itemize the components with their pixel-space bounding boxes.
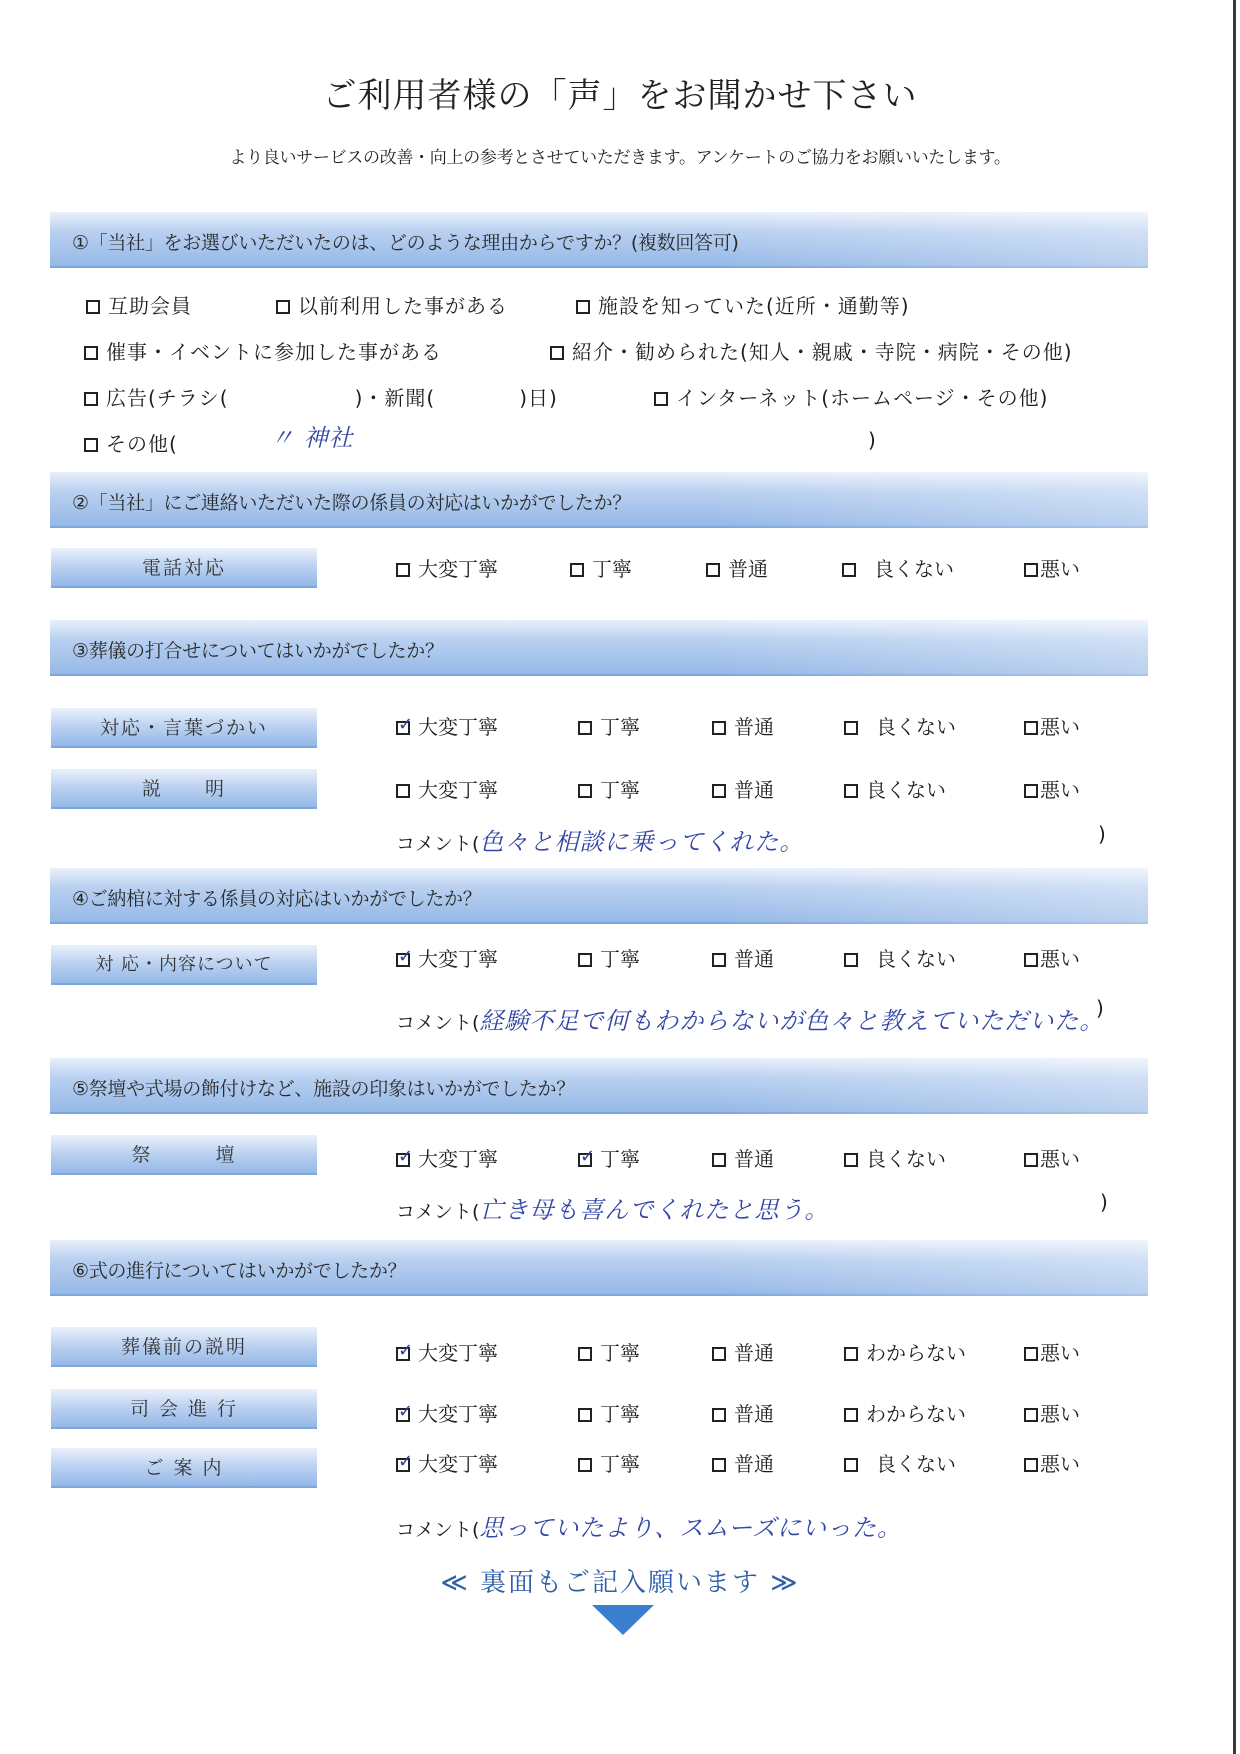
- checkbox[interactable]: [576, 300, 590, 314]
- checkbox[interactable]: [1024, 1408, 1038, 1422]
- rating-polite[interactable]: 丁寧: [578, 711, 640, 740]
- page-subtitle: より良いサービスの改善・向上の参考とさせていただきます。アンケートのご協力をお願…: [0, 143, 1240, 168]
- q3-comment-close-paren: ): [1098, 822, 1106, 846]
- checkbox-checked[interactable]: [396, 1458, 410, 1472]
- checkbox[interactable]: [1024, 1153, 1038, 1167]
- checkbox[interactable]: [844, 1408, 858, 1422]
- checkbox[interactable]: [844, 1153, 858, 1167]
- question-4-text: ④ご納棺に対する係員の対応はいかがでしたか？: [72, 884, 481, 911]
- rating-very-polite[interactable]: 大変丁寧: [396, 943, 498, 972]
- question-4-header: ④ご納棺に対する係員の対応はいかがでしたか？: [50, 868, 1148, 924]
- rating-polite[interactable]: 丁寧: [578, 943, 640, 972]
- checkbox[interactable]: [712, 1347, 726, 1361]
- checkbox-checked[interactable]: [396, 953, 410, 967]
- checkbox[interactable]: [550, 346, 564, 360]
- checkbox[interactable]: [1024, 953, 1038, 967]
- page-title: ご利用者様の「声」をお聞かせ下さい: [0, 68, 1240, 117]
- checkbox[interactable]: [1024, 1458, 1038, 1472]
- reverse-side-note: ≪ 裏面もご記入願います ≫: [0, 1562, 1240, 1599]
- checkbox-checked[interactable]: [396, 1408, 410, 1422]
- checkbox[interactable]: [844, 721, 858, 735]
- checkbox[interactable]: [276, 300, 290, 314]
- rating-normal[interactable]: 普通: [706, 553, 768, 582]
- rating-dont-know[interactable]: わからない: [844, 1337, 966, 1366]
- question-5-header: ⑤祭壇や式場の飾付けなど、施設の印象はいかがでしたか？: [50, 1058, 1148, 1114]
- question-2-header: ②「当社」にご連絡いただいた際の係員の対応はいかがでしたか？: [50, 472, 1148, 528]
- checkbox[interactable]: [712, 784, 726, 798]
- checkbox[interactable]: [1024, 1347, 1038, 1361]
- rating-very-polite[interactable]: 大変丁寧: [396, 1398, 498, 1427]
- down-arrow-icon: [592, 1605, 654, 1635]
- checkbox[interactable]: [84, 346, 98, 360]
- q1-option-gojokai[interactable]: 互助会員: [86, 290, 192, 319]
- q5-comment-close-paren: ): [1100, 1190, 1108, 1214]
- question-6-text: ⑥式の進行についてはいかがでしたか？: [72, 1256, 406, 1283]
- rating-polite[interactable]: 丁寧: [578, 1337, 640, 1366]
- rating-polite[interactable]: 丁寧: [578, 1143, 640, 1172]
- q4-comment-close-paren: ): [1096, 996, 1104, 1020]
- rating-normal[interactable]: 普通: [712, 1398, 774, 1427]
- checkbox[interactable]: [84, 438, 98, 452]
- rating-very-polite[interactable]: 大変丁寧: [396, 774, 498, 803]
- question-5-text: ⑤祭壇や式場の飾付けなど、施設の印象はいかがでしたか？: [72, 1074, 575, 1101]
- checkbox-checked[interactable]: [396, 1347, 410, 1361]
- checkbox-checked[interactable]: [396, 721, 410, 735]
- question-1-text: ①「当社」をお選びいただいたのは、どのような理由からですか？(複数回答可): [72, 228, 739, 255]
- rating-bad[interactable]: 悪い: [1024, 943, 1080, 972]
- q1-option-advertisement[interactable]: 広告(チラシ( )・新聞( )日): [84, 382, 558, 411]
- row-label-altar: 祭 壇: [51, 1135, 317, 1175]
- checkbox[interactable]: [1024, 784, 1038, 798]
- checkbox[interactable]: [84, 392, 98, 406]
- checkbox[interactable]: [578, 784, 592, 798]
- rating-dont-know[interactable]: わからない: [844, 1398, 966, 1427]
- row-label-phone: 電話対応: [51, 548, 317, 588]
- checkbox[interactable]: [578, 1347, 592, 1361]
- rating-very-polite[interactable]: 大変丁寧: [396, 553, 498, 582]
- q4-comment-handwritten[interactable]: 経験不足で何もわからないが色々と教えていただいた。: [479, 1007, 1104, 1035]
- q5-comment[interactable]: コメント(亡き母も喜んでくれたと思う。: [396, 1190, 829, 1225]
- rating-bad[interactable]: 悪い: [1024, 711, 1080, 740]
- rating-bad[interactable]: 悪い: [1024, 553, 1080, 582]
- rating-very-polite[interactable]: 大変丁寧: [396, 1448, 498, 1477]
- checkbox[interactable]: [578, 721, 592, 735]
- question-1-header: ①「当社」をお選びいただいたのは、どのような理由からですか？(複数回答可): [50, 212, 1148, 268]
- page-edge: [1233, 0, 1236, 1754]
- checkbox[interactable]: [844, 953, 858, 967]
- rating-normal[interactable]: 普通: [712, 1337, 774, 1366]
- rating-bad[interactable]: 悪い: [1024, 774, 1080, 803]
- checkbox[interactable]: [712, 721, 726, 735]
- q6-comment-handwritten[interactable]: 思っていたより、スムーズにいった。: [479, 1514, 902, 1542]
- q1-option-used-before[interactable]: 以前利用した事がある: [276, 290, 508, 319]
- rating-normal[interactable]: 普通: [712, 943, 774, 972]
- row-label-explanation: 説 明: [51, 769, 317, 809]
- rating-bad[interactable]: 悪い: [1024, 1143, 1080, 1172]
- q1-option-other[interactable]: その他(: [84, 428, 178, 457]
- question-3-text: ③葬儀の打合せについてはいかがでしたか？: [72, 636, 444, 663]
- question-3-header: ③葬儀の打合せについてはいかがでしたか？: [50, 620, 1148, 676]
- checkbox[interactable]: [712, 953, 726, 967]
- checkbox[interactable]: [396, 563, 410, 577]
- rating-not-good[interactable]: 良くない: [844, 774, 946, 803]
- q6-comment[interactable]: コメント(思っていたより、スムーズにいった。: [396, 1508, 902, 1543]
- rating-polite[interactable]: 丁寧: [578, 1398, 640, 1427]
- q1-option-referral[interactable]: 紹介・勧められた(知人・親戚・寺院・病院・その他): [550, 336, 1073, 365]
- checkbox[interactable]: [842, 563, 856, 577]
- row-label-coffin: 対 応・内容について: [51, 945, 317, 985]
- checkbox[interactable]: [712, 1458, 726, 1472]
- rating-not-good[interactable]: 良くない: [844, 711, 956, 740]
- checkbox[interactable]: [1024, 563, 1038, 577]
- q1-option-internet[interactable]: インターネット(ホームページ・その他): [654, 382, 1048, 411]
- checkbox[interactable]: [706, 563, 720, 577]
- rating-not-good[interactable]: 良くない: [844, 1143, 946, 1172]
- q3-comment-handwritten[interactable]: 色々と相談に乗ってくれた。: [479, 828, 804, 856]
- rating-polite[interactable]: 丁寧: [570, 553, 632, 582]
- q1-option-knew-facility[interactable]: 施設を知っていた(近所・通勤等): [576, 290, 910, 319]
- checkbox[interactable]: [578, 1408, 592, 1422]
- checkbox[interactable]: [844, 784, 858, 798]
- question-2-text: ②「当社」にご連絡いただいた際の係員の対応はいかがでしたか？: [72, 488, 631, 515]
- checkbox-checked[interactable]: [396, 1153, 410, 1167]
- rating-very-polite[interactable]: 大変丁寧: [396, 1337, 498, 1366]
- rating-polite[interactable]: 丁寧: [578, 774, 640, 803]
- rating-bad[interactable]: 悪い: [1024, 1398, 1080, 1427]
- rating-normal[interactable]: 普通: [712, 774, 774, 803]
- rating-bad[interactable]: 悪い: [1024, 1448, 1080, 1477]
- checkbox[interactable]: [1024, 721, 1038, 735]
- checkbox[interactable]: [654, 392, 668, 406]
- checkbox[interactable]: [844, 1458, 858, 1472]
- rating-very-polite[interactable]: 大変丁寧: [396, 1143, 498, 1172]
- checkbox[interactable]: [578, 1458, 592, 1472]
- checkbox[interactable]: [86, 300, 100, 314]
- checkbox[interactable]: [570, 563, 584, 577]
- rating-not-good[interactable]: 良くない: [844, 1448, 956, 1477]
- q1-other-handwritten[interactable]: 〃 神社: [270, 418, 354, 453]
- q1-option-event[interactable]: 催事・イベントに参加した事がある: [84, 336, 442, 365]
- row-label-manners: 対応・言葉づかい: [51, 708, 317, 748]
- checkbox[interactable]: [396, 784, 410, 798]
- checkbox[interactable]: [578, 953, 592, 967]
- checkbox-checked[interactable]: [578, 1153, 592, 1167]
- checkbox[interactable]: [712, 1153, 726, 1167]
- rating-normal[interactable]: 普通: [712, 1448, 774, 1477]
- q4-comment[interactable]: コメント(経験不足で何もわからないが色々と教えていただいた。: [396, 1001, 1104, 1036]
- question-6-header: ⑥式の進行についてはいかがでしたか？: [50, 1240, 1148, 1296]
- q5-comment-handwritten[interactable]: 亡き母も喜んでくれたと思う。: [479, 1196, 829, 1224]
- q1-other-close-paren: ): [868, 428, 876, 452]
- rating-bad[interactable]: 悪い: [1024, 1337, 1080, 1366]
- rating-normal[interactable]: 普通: [712, 711, 774, 740]
- rating-polite[interactable]: 丁寧: [578, 1448, 640, 1477]
- checkbox[interactable]: [712, 1408, 726, 1422]
- row-label-pre-funeral-explanation: 葬儀前の説明: [51, 1327, 317, 1367]
- row-label-mc-progress: 司 会 進 行: [51, 1389, 317, 1429]
- rating-normal[interactable]: 普通: [712, 1143, 774, 1172]
- checkbox[interactable]: [844, 1347, 858, 1361]
- q3-comment[interactable]: コメント(色々と相談に乗ってくれた。: [396, 822, 804, 857]
- rating-very-polite[interactable]: 大変丁寧: [396, 711, 498, 740]
- rating-not-good[interactable]: 良くない: [844, 943, 956, 972]
- row-label-guidance: ご 案 内: [51, 1448, 317, 1488]
- rating-not-good[interactable]: 良くない: [842, 553, 954, 582]
